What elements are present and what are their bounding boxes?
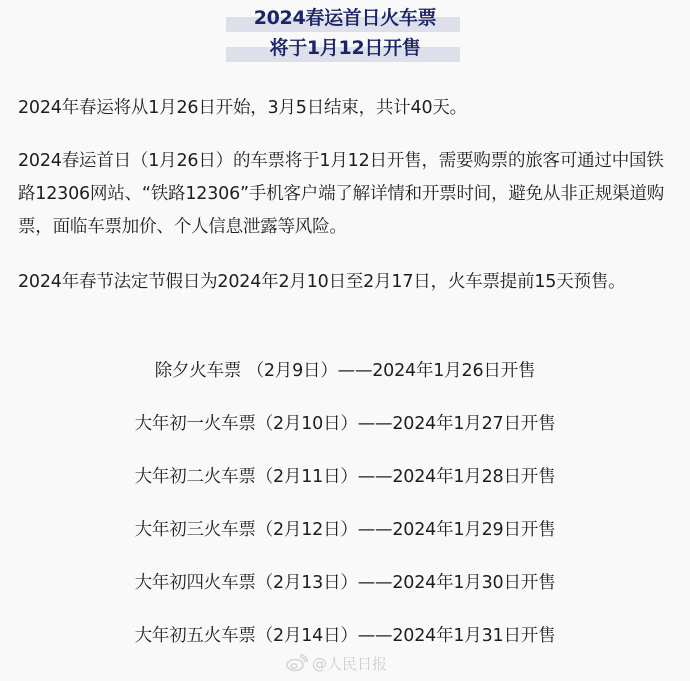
ticket-date: 大年初一火车票（2月10日） [135,414,358,434]
sale-date: 2024年1月30日开售 [392,573,555,593]
title-line-2: 将于1月12日开售 [0,34,690,66]
paragraph-holiday-presale: 2024年春节法定节假日为2024年2月10日至2月17日，火车票提前15天预售… [18,266,674,299]
schedule-row: 大年初二火车票（2月11日）——2024年1月28日开售 [0,461,690,514]
schedule-row: 大年初一火车票（2月10日）——2024年1月27日开售 [0,408,690,461]
ticket-date: 大年初二火车票（2月11日） [135,467,358,487]
ticket-date: 除夕火车票 （2月9日） [155,361,338,381]
ticket-date: 大年初四火车票（2月13日） [135,573,358,593]
separator-dash: —— [338,355,373,388]
schedule-row: 除夕火车票 （2月9日）——2024年1月26日开售 [0,355,690,408]
weibo-icon [286,654,308,672]
title-line-1: 2024春运首日火车票 [0,4,690,36]
title-text-2: 将于1月12日开售 [0,36,690,60]
sale-date: 2024年1月31日开售 [392,626,555,646]
paragraph-first-day-sale: 2024春运首日（1月26日）的车票将于1月12日开售，需要购票的旅客可通过中国… [18,145,674,244]
separator-dash: —— [358,567,393,600]
ticket-date: 大年初五火车票（2月14日） [135,626,358,646]
sale-date: 2024年1月26日开售 [372,361,535,381]
schedule-row: 大年初三火车票（2月12日）——2024年1月29日开售 [0,514,690,567]
watermark: @人民日报 [286,652,387,674]
sale-date: 2024年1月28日开售 [392,467,555,487]
separator-dash: —— [358,514,393,547]
sale-date: 2024年1月27日开售 [392,414,555,434]
schedule-row: 大年初四火车票（2月13日）——2024年1月30日开售 [0,567,690,620]
paragraph-dates: 2024年春运将从1月26日开始，3月5日结束，共计40天。 [18,92,674,125]
watermark-text: @人民日报 [312,653,387,674]
separator-dash: —— [358,408,393,441]
sale-date: 2024年1月29日开售 [392,520,555,540]
separator-dash: —— [358,461,393,494]
title-text-1: 2024春运首日火车票 [0,6,690,30]
ticket-date: 大年初三火车票（2月12日） [135,520,358,540]
ticket-sale-schedule: 除夕火车票 （2月9日）——2024年1月26日开售 大年初一火车票（2月10日… [0,355,690,673]
separator-dash: —— [358,620,393,653]
